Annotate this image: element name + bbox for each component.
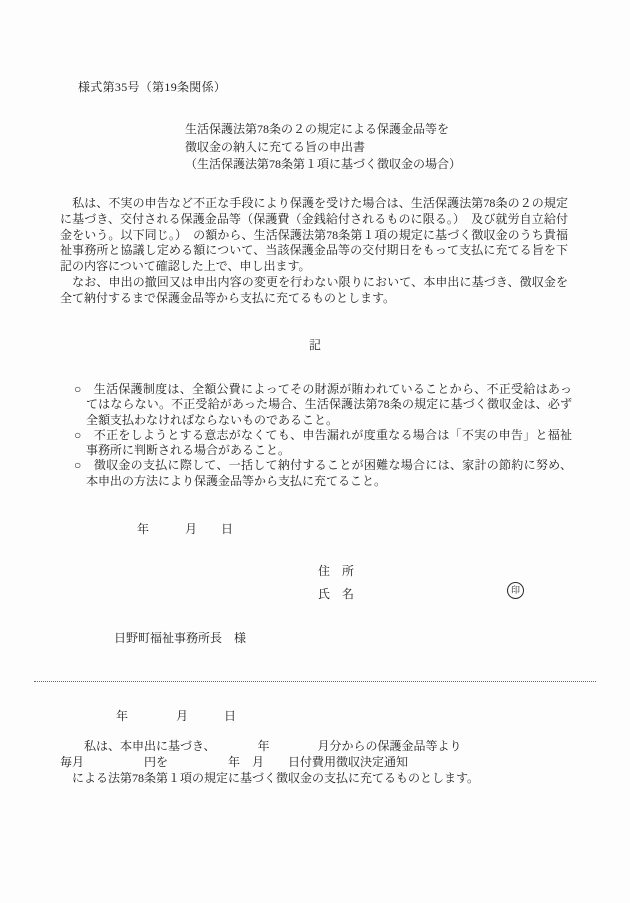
pledge-line-3: による法第78条第１項の規定に基づく徴収金の支払に充てるものとします。 bbox=[60, 770, 585, 786]
pledge-line-1: 私は、本申出に基づき、 年 月分からの保護金品等より bbox=[60, 738, 585, 754]
note-item: ○ 不正をしようとする意志がなくても、申告漏れが度重なる場合は「不実の申告」と福… bbox=[74, 428, 572, 459]
note-item: ○ 生活保護制度は、全額公費によってその財源が賄われていることから、不正受給はあ… bbox=[74, 382, 572, 428]
supplement-paragraph: なお、申出の撤回又は申出内容の変更を行わない限りにおいて、本申出に基づき、徴収金… bbox=[60, 275, 568, 307]
body-text: 私は、不実の申告など不正な手段により保護を受けた場合は、生活保護法第78条の２の… bbox=[60, 196, 568, 307]
ki-heading: 記 bbox=[0, 336, 630, 353]
name-label: 氏 名 bbox=[318, 585, 354, 602]
lower-date-line: 年 月 日 bbox=[116, 707, 236, 724]
application-form-page: 様式第35号（第19条関係） 生活保護法第78条の２の規定による保護金品等を 徴… bbox=[0, 0, 630, 903]
note-text: 生活保護制度は、全額公費によってその財源が賄われていることから、不正受給はあって… bbox=[86, 382, 572, 427]
document-title: 生活保護法第78条の２の規定による保護金品等を 徴収金の納入に充てる旨の申出書 … bbox=[185, 121, 461, 174]
form-number: 様式第35号（第19条関係） bbox=[78, 78, 226, 95]
note-marker: ○ bbox=[74, 382, 94, 396]
document-title-line-3: （生活保護法第78条第１項に基づく徴収金の場合） bbox=[185, 156, 461, 174]
address-label: 住 所 bbox=[318, 562, 354, 579]
signature-date-line: 年 月 日 bbox=[137, 520, 233, 537]
note-text: 徴収金の支払に際して、一括して納付することが困難な場合には、家計の節約に努め、本… bbox=[86, 458, 572, 487]
note-marker: ○ bbox=[74, 428, 94, 442]
document-title-line-2: 徴収金の納入に充てる旨の申出書 bbox=[185, 139, 461, 157]
document-title-line-1: 生活保護法第78条の２の規定による保護金品等を bbox=[185, 121, 461, 139]
note-marker: ○ bbox=[74, 458, 94, 472]
section-divider bbox=[34, 681, 596, 682]
note-text: 不正をしようとする意志がなくても、申告漏れが度重なる場合は「不実の申告」と福祉事… bbox=[86, 428, 572, 457]
pledge-section: 私は、本申出に基づき、 年 月分からの保護金品等より 毎月 円を 年 月 日付費… bbox=[60, 738, 585, 786]
note-item: ○ 徴収金の支払に際して、一括して納付することが困難な場合には、家計の節約に努め… bbox=[74, 458, 572, 489]
seal-icon: 印 bbox=[507, 582, 524, 599]
recipient-line: 日野町福祉事務所長 様 bbox=[114, 629, 246, 646]
pledge-line-2: 毎月 円を 年 月 日付費用徴収決定通知 bbox=[60, 754, 585, 770]
notes-list: ○ 生活保護制度は、全額公費によってその財源が賄われていることから、不正受給はあ… bbox=[74, 382, 572, 489]
opening-paragraph: 私は、不実の申告など不正な手段により保護を受けた場合は、生活保護法第78条の２の… bbox=[60, 196, 568, 275]
